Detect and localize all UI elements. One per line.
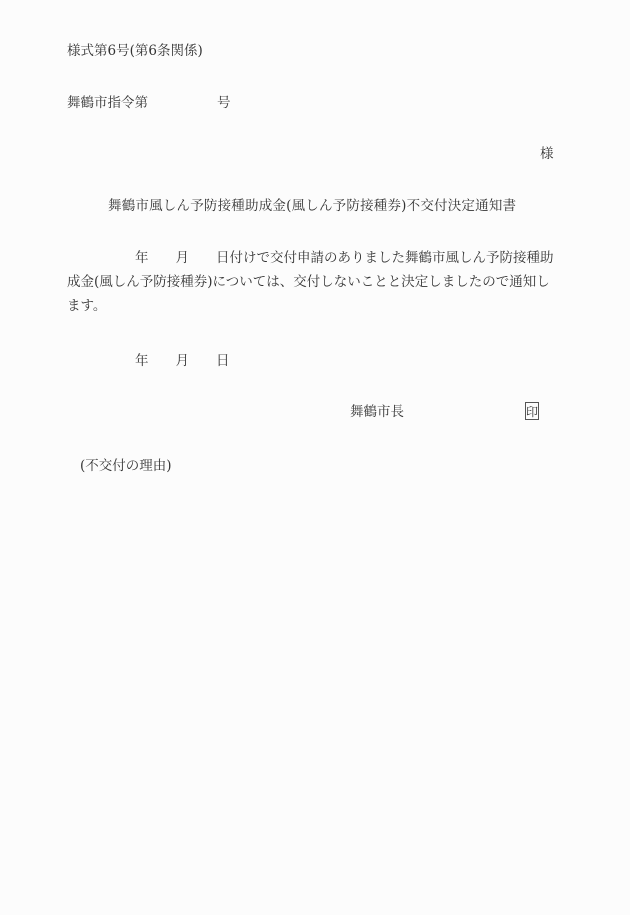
date-month-label: 月 [176, 353, 190, 369]
document-title: 舞鶴市風しん予防接種助成金(風しん予防接種券)不交付決定通知書 [108, 198, 516, 214]
signatory: 舞鶴市長 [350, 404, 404, 420]
date-day-label: 日 [216, 353, 230, 369]
body-paragraph: 年月日付けで交付申請のありました舞鶴市風しん予防接種助 成金(風しん予防接種券)… [67, 246, 557, 318]
reason-heading: (不交付の理由) [80, 458, 172, 474]
directive-suffix: 号 [217, 95, 231, 111]
year-label: 年 [135, 250, 149, 266]
directive-prefix: 舞鶴市指令第 [67, 95, 148, 111]
body-line-1: 年月日付けで交付申請のありました舞鶴市風しん予防接種助 [67, 246, 557, 270]
form-number: 様式第6号(第6条関係) [67, 43, 203, 59]
seal-icon: 印 [525, 402, 539, 420]
issue-date: 年月日 [67, 353, 230, 369]
date-year-label: 年 [135, 353, 149, 369]
addressee-honorific: 様 [540, 146, 554, 162]
body-line-1-text: 日付けで交付申請のありました舞鶴市風しん予防接種助 [216, 250, 554, 266]
body-line-2: 成金(風しん予防接種券)については、交付しないことと決定しましたので通知し [67, 270, 557, 294]
directive-number: 舞鶴市指令第 号 [67, 95, 148, 111]
month-label: 月 [176, 250, 190, 266]
body-line-3: ます。 [67, 294, 557, 318]
